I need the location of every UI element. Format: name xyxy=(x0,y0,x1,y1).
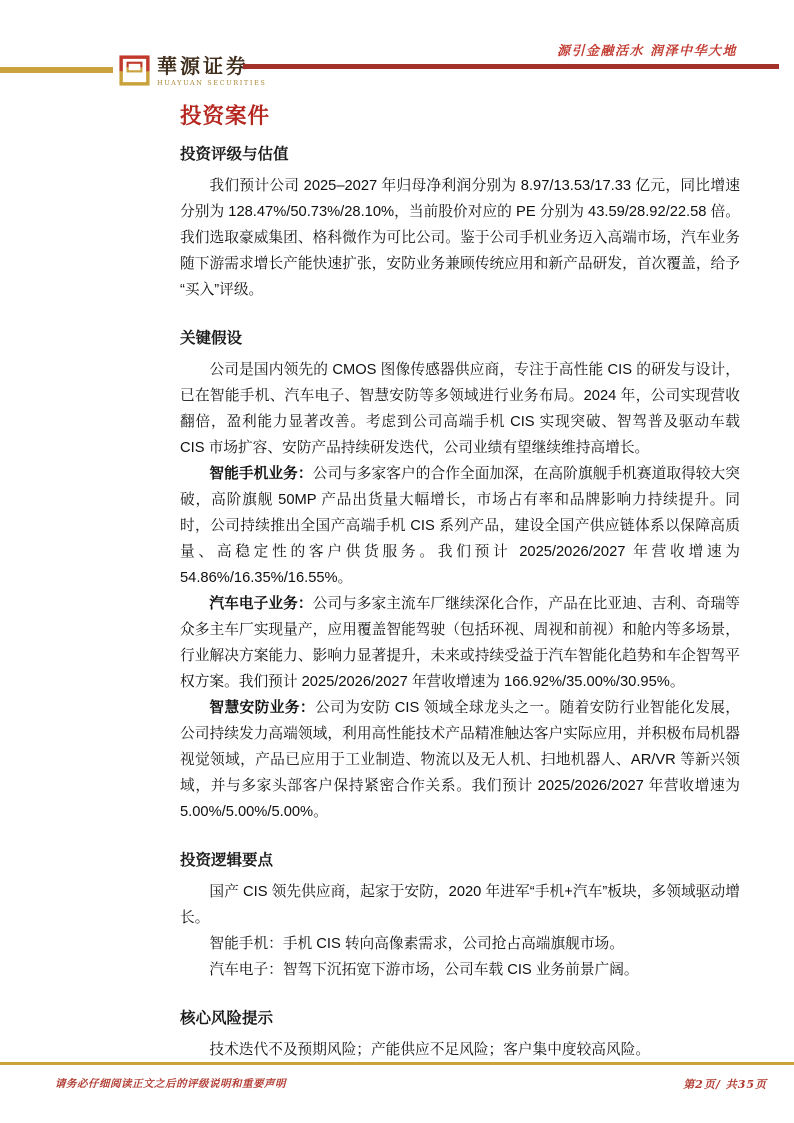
brand-name-en: HUAYUAN SECURITIES xyxy=(157,79,266,87)
section-heading-logic: 投资逻辑要点 xyxy=(180,849,740,873)
report-body: 投资案件 投资评级与估值 我们预计公司 2025–2027 年归母净利润分别为 … xyxy=(180,101,740,1063)
paragraph-text: 公司是国内领先的 CMOS 图像传感器供应商，专注于高性能 CIS 的研发与设计… xyxy=(180,362,740,456)
footer-page-number: 第2页/ 共35页 xyxy=(683,1076,767,1092)
paragraph-text: 我们预计公司 2025–2027 年归母净利润分别为 8.97/13.53/17… xyxy=(180,178,740,298)
section-key-assumptions: 关键假设 公司是国内领先的 CMOS 图像传感器供应商，专注于高性能 CIS 的… xyxy=(180,327,740,825)
section-heading-assumptions: 关键假设 xyxy=(180,327,740,351)
section-investment-logic: 投资逻辑要点 国产 CIS 领先供应商，起家于安防，2020 年进军“手机+汽车… xyxy=(180,849,740,983)
paragraph: 国产 CIS 领先供应商，起家于安防，2020 年进军“手机+汽车”板块，多领域… xyxy=(180,879,740,931)
huayuan-seal-icon xyxy=(119,55,150,86)
paragraph-security-business: 智慧安防业务：公司为安防 CIS 领域全球龙头之一。随着安防行业智能化发展，公司… xyxy=(180,695,740,825)
paragraph-lead: 智能手机业务： xyxy=(209,466,312,482)
paragraph: 汽车电子：智驾下沉拓宽下游市场，公司车载 CIS 业务前景广阔。 xyxy=(180,957,740,983)
footer-gold-rule xyxy=(0,1062,794,1065)
report-page: 華源证券 HUAYUAN SECURITIES 源引金融活水 润泽中华大地 投资… xyxy=(0,0,794,1123)
header-tagline: 源引金融活水 润泽中华大地 xyxy=(557,40,737,59)
paragraph-text: 技术迭代不及预期风险；产能供应不足风险；客户集中度较高风险。 xyxy=(209,1042,650,1058)
footer-disclaimer: 请务必仔细阅读正文之后的评级说明和重要声明 xyxy=(55,1076,286,1091)
paragraph-text: 国产 CIS 领先供应商，起家于安防，2020 年进军“手机+汽车”板块，多领域… xyxy=(180,884,740,926)
paragraph-text: 汽车电子：智驾下沉拓宽下游市场，公司车载 CIS 业务前景广阔。 xyxy=(209,962,638,978)
paragraph: 技术迭代不及预期风险；产能供应不足风险；客户集中度较高风险。 xyxy=(180,1037,740,1063)
paragraph: 我们预计公司 2025–2027 年归母净利润分别为 8.97/13.53/17… xyxy=(180,173,740,303)
paragraph-text: 公司为安防 CIS 领域全球龙头之一。随着安防行业智能化发展，公司持续发力高端领… xyxy=(180,700,740,820)
brand-text: 華源证券 HUAYUAN SECURITIES xyxy=(157,55,266,87)
header-gold-bar xyxy=(0,67,113,73)
section-heading-risks: 核心风险提示 xyxy=(180,1007,740,1031)
header-red-rule xyxy=(243,64,779,69)
paragraph-text: 公司与多家客户的合作全面加深，在高阶旗舰手机赛道取得较大突破，高阶旗舰 50MP… xyxy=(180,466,740,586)
paragraph: 智能手机：手机 CIS 转向高像素需求，公司抢占高端旗舰市场。 xyxy=(180,931,740,957)
paragraph-automotive-business: 汽车电子业务：公司与多家主流车厂继续深化合作，产品在比亚迪、吉利、奇瑞等众多主车… xyxy=(180,591,740,695)
paragraph-lead: 智慧安防业务： xyxy=(209,700,315,716)
page-title: 投资案件 xyxy=(180,101,740,131)
section-core-risks: 核心风险提示 技术迭代不及预期风险；产能供应不足风险；客户集中度较高风险。 xyxy=(180,1007,740,1063)
brand-logo: 華源证券 HUAYUAN SECURITIES xyxy=(119,55,266,87)
paragraph-lead: 汽车电子业务： xyxy=(209,596,312,612)
section-heading-rating: 投资评级与估值 xyxy=(180,143,740,167)
section-investment-rating: 投资评级与估值 我们预计公司 2025–2027 年归母净利润分别为 8.97/… xyxy=(180,143,740,303)
paragraph: 公司是国内领先的 CMOS 图像传感器供应商，专注于高性能 CIS 的研发与设计… xyxy=(180,357,740,461)
paragraph-text: 智能手机：手机 CIS 转向高像素需求，公司抢占高端旗舰市场。 xyxy=(209,936,624,952)
paragraph-smartphone-business: 智能手机业务：公司与多家客户的合作全面加深，在高阶旗舰手机赛道取得较大突破，高阶… xyxy=(180,461,740,591)
